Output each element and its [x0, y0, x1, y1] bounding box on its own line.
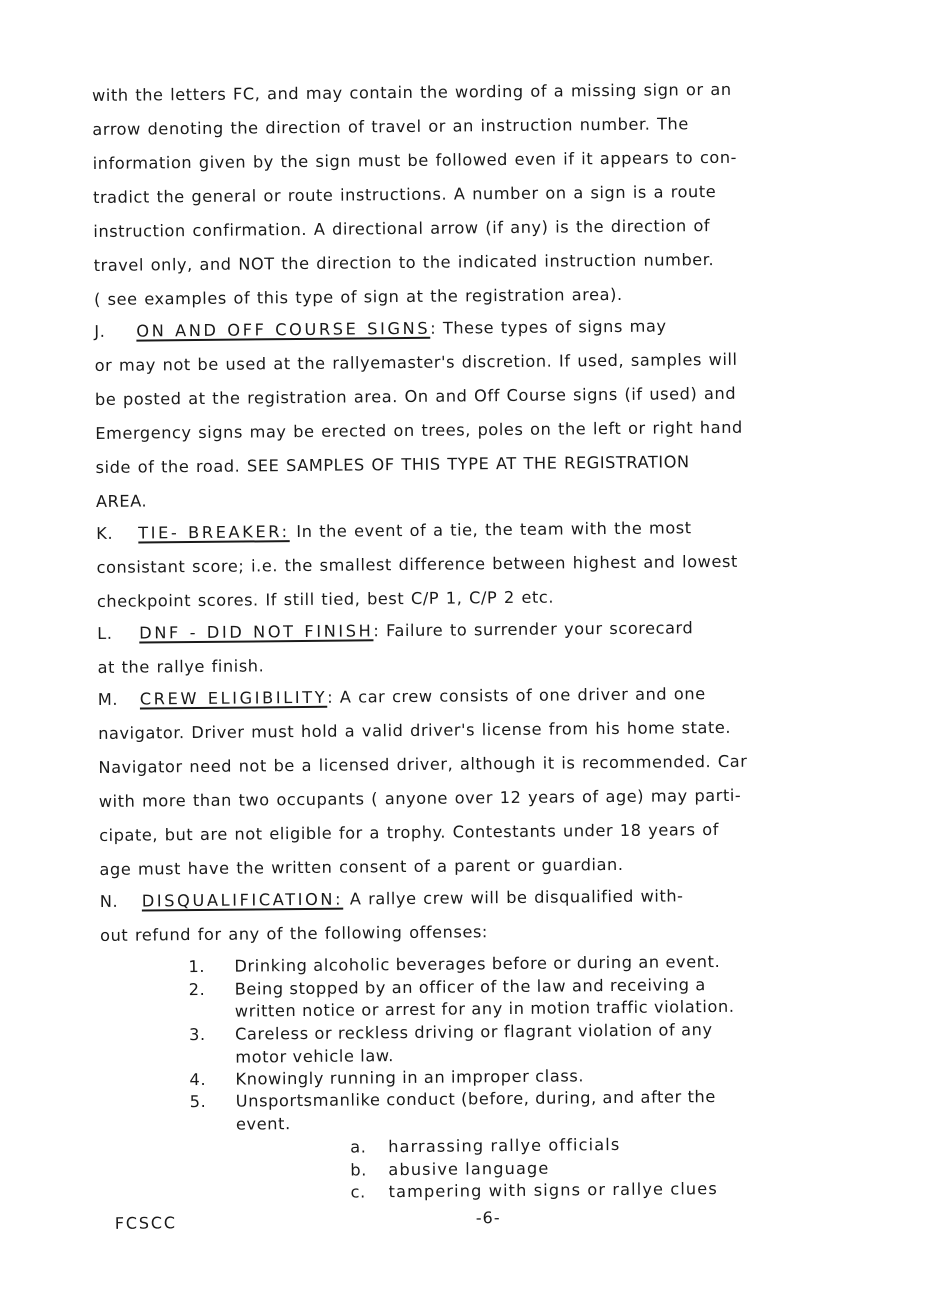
section-letter: J.	[94, 322, 136, 342]
offense-number: 3.	[189, 1025, 229, 1045]
section-l-line: at the rallye finish.	[97, 656, 264, 678]
section-text: In the event of a tie, the team with the…	[290, 518, 692, 541]
section-m-line: navigator. Driver must hold a valid driv…	[98, 718, 731, 744]
offense-text: Unsportsmanlike conduct (before, during,…	[236, 1087, 716, 1112]
section-heading: TIE- BREAKER:	[138, 522, 290, 542]
section-m-line: age must have the written consent of a p…	[99, 855, 623, 880]
section-heading: DISQUALIFICATION:	[142, 890, 344, 911]
section-letter: N.	[100, 892, 142, 912]
section-j-line: AREA.	[96, 491, 147, 511]
intro-line: ( see examples of this type of sign at t…	[94, 285, 623, 310]
offense-item: 4. Knowingly running in an improper clas…	[9, 1063, 936, 1072]
offense-number: 5.	[190, 1092, 230, 1112]
section-k-header: K.TIE- BREAKER: In the event of a tie, t…	[96, 518, 692, 544]
offense-text: written notice or arrest for any in moti…	[235, 997, 735, 1022]
document-page: with the letters FC, and may contain the…	[0, 0, 936, 1292]
sub-offense-item: a. harrassing rallye officials	[10, 1132, 936, 1141]
section-letter: K.	[96, 524, 138, 544]
sub-offense-text: tampering with signs or rallye clues	[388, 1179, 717, 1202]
sub-offense-text: abusive language	[388, 1159, 549, 1181]
section-j-line: be posted at the registration area. On a…	[95, 384, 736, 410]
section-heading: CREW ELIGIBILITY	[140, 688, 328, 709]
sub-offense-text: harrassing rallye officials	[388, 1135, 620, 1157]
section-j-line: Emergency signs may be erected on trees,…	[95, 418, 743, 444]
section-text: A car crew consists of one driver and on…	[333, 684, 706, 707]
offense-text: Knowingly running in an improper class.	[235, 1066, 584, 1089]
section-text: A rallye crew will be disqualified with-	[343, 886, 684, 908]
section-letter: M.	[98, 690, 140, 710]
intro-line: travel only, and NOT the direction to th…	[94, 250, 715, 276]
offense-text: Careless or reckless driving or flagrant…	[235, 1020, 713, 1045]
section-m-header: M.CREW ELIGIBILITY: A car crew consists …	[98, 684, 706, 710]
intro-line: with the letters FC, and may contain the…	[92, 80, 732, 106]
section-k-line: consistant score; i.e. the smallest diff…	[96, 552, 737, 578]
section-n-header: N.DISQUALIFICATION: A rallye crew will b…	[100, 886, 684, 912]
section-j-line: or may not be used at the rallyemaster's…	[95, 350, 738, 376]
offense-item: 1. Drinking alcoholic beverages before o…	[8, 950, 936, 959]
offense-number: 1.	[188, 957, 228, 977]
section-m-line: cipate, but are not eligible for a troph…	[99, 820, 719, 846]
section-j-header: J.ON AND OFF COURSE SIGNS: These types o…	[94, 316, 666, 341]
intro-line: arrow denoting the direction of travel o…	[92, 114, 689, 140]
offense-text: Drinking alcoholic beverages before or d…	[234, 952, 720, 977]
section-n-line: out refund for any of the following offe…	[100, 922, 488, 946]
intro-line: information given by the sign must be fo…	[93, 148, 738, 174]
offense-text: Being stopped by an officer of the law a…	[235, 975, 706, 1000]
section-letter: L.	[97, 624, 139, 644]
section-l-header: L.DNF - DID NOT FINISH: Failure to surre…	[97, 618, 693, 644]
section-m-line: Navigator need not be a licensed driver,…	[98, 752, 747, 778]
section-j-line: side of the road. SEE SAMPLES OF THIS TY…	[96, 452, 690, 478]
section-heading: ON AND OFF COURSE SIGNS	[136, 319, 430, 341]
section-text: These types of signs may	[436, 316, 667, 337]
offense-text: motor vehicle law.	[235, 1046, 394, 1068]
section-heading: DNF - DID NOT FINISH	[139, 621, 373, 642]
sub-offense-letter: b.	[350, 1160, 384, 1180]
offense-number: 4.	[189, 1070, 229, 1090]
footer-org: FCSCC	[115, 1213, 177, 1233]
intro-line: tradict the general or route instruction…	[93, 182, 716, 208]
page-number: -6-	[476, 1208, 501, 1227]
section-k-line: checkpoint scores. If still tied, best C…	[97, 588, 554, 612]
sub-offense-letter: a.	[350, 1137, 384, 1157]
offense-number: 2.	[189, 980, 229, 1000]
section-text: Failure to surrender your scorecard	[379, 618, 693, 640]
intro-line: instruction confirmation. A directional …	[93, 216, 710, 242]
offense-text: event.	[236, 1114, 291, 1135]
sub-offense-letter: c.	[350, 1182, 384, 1202]
section-m-line: with more than two occupants ( anyone ov…	[99, 786, 742, 812]
